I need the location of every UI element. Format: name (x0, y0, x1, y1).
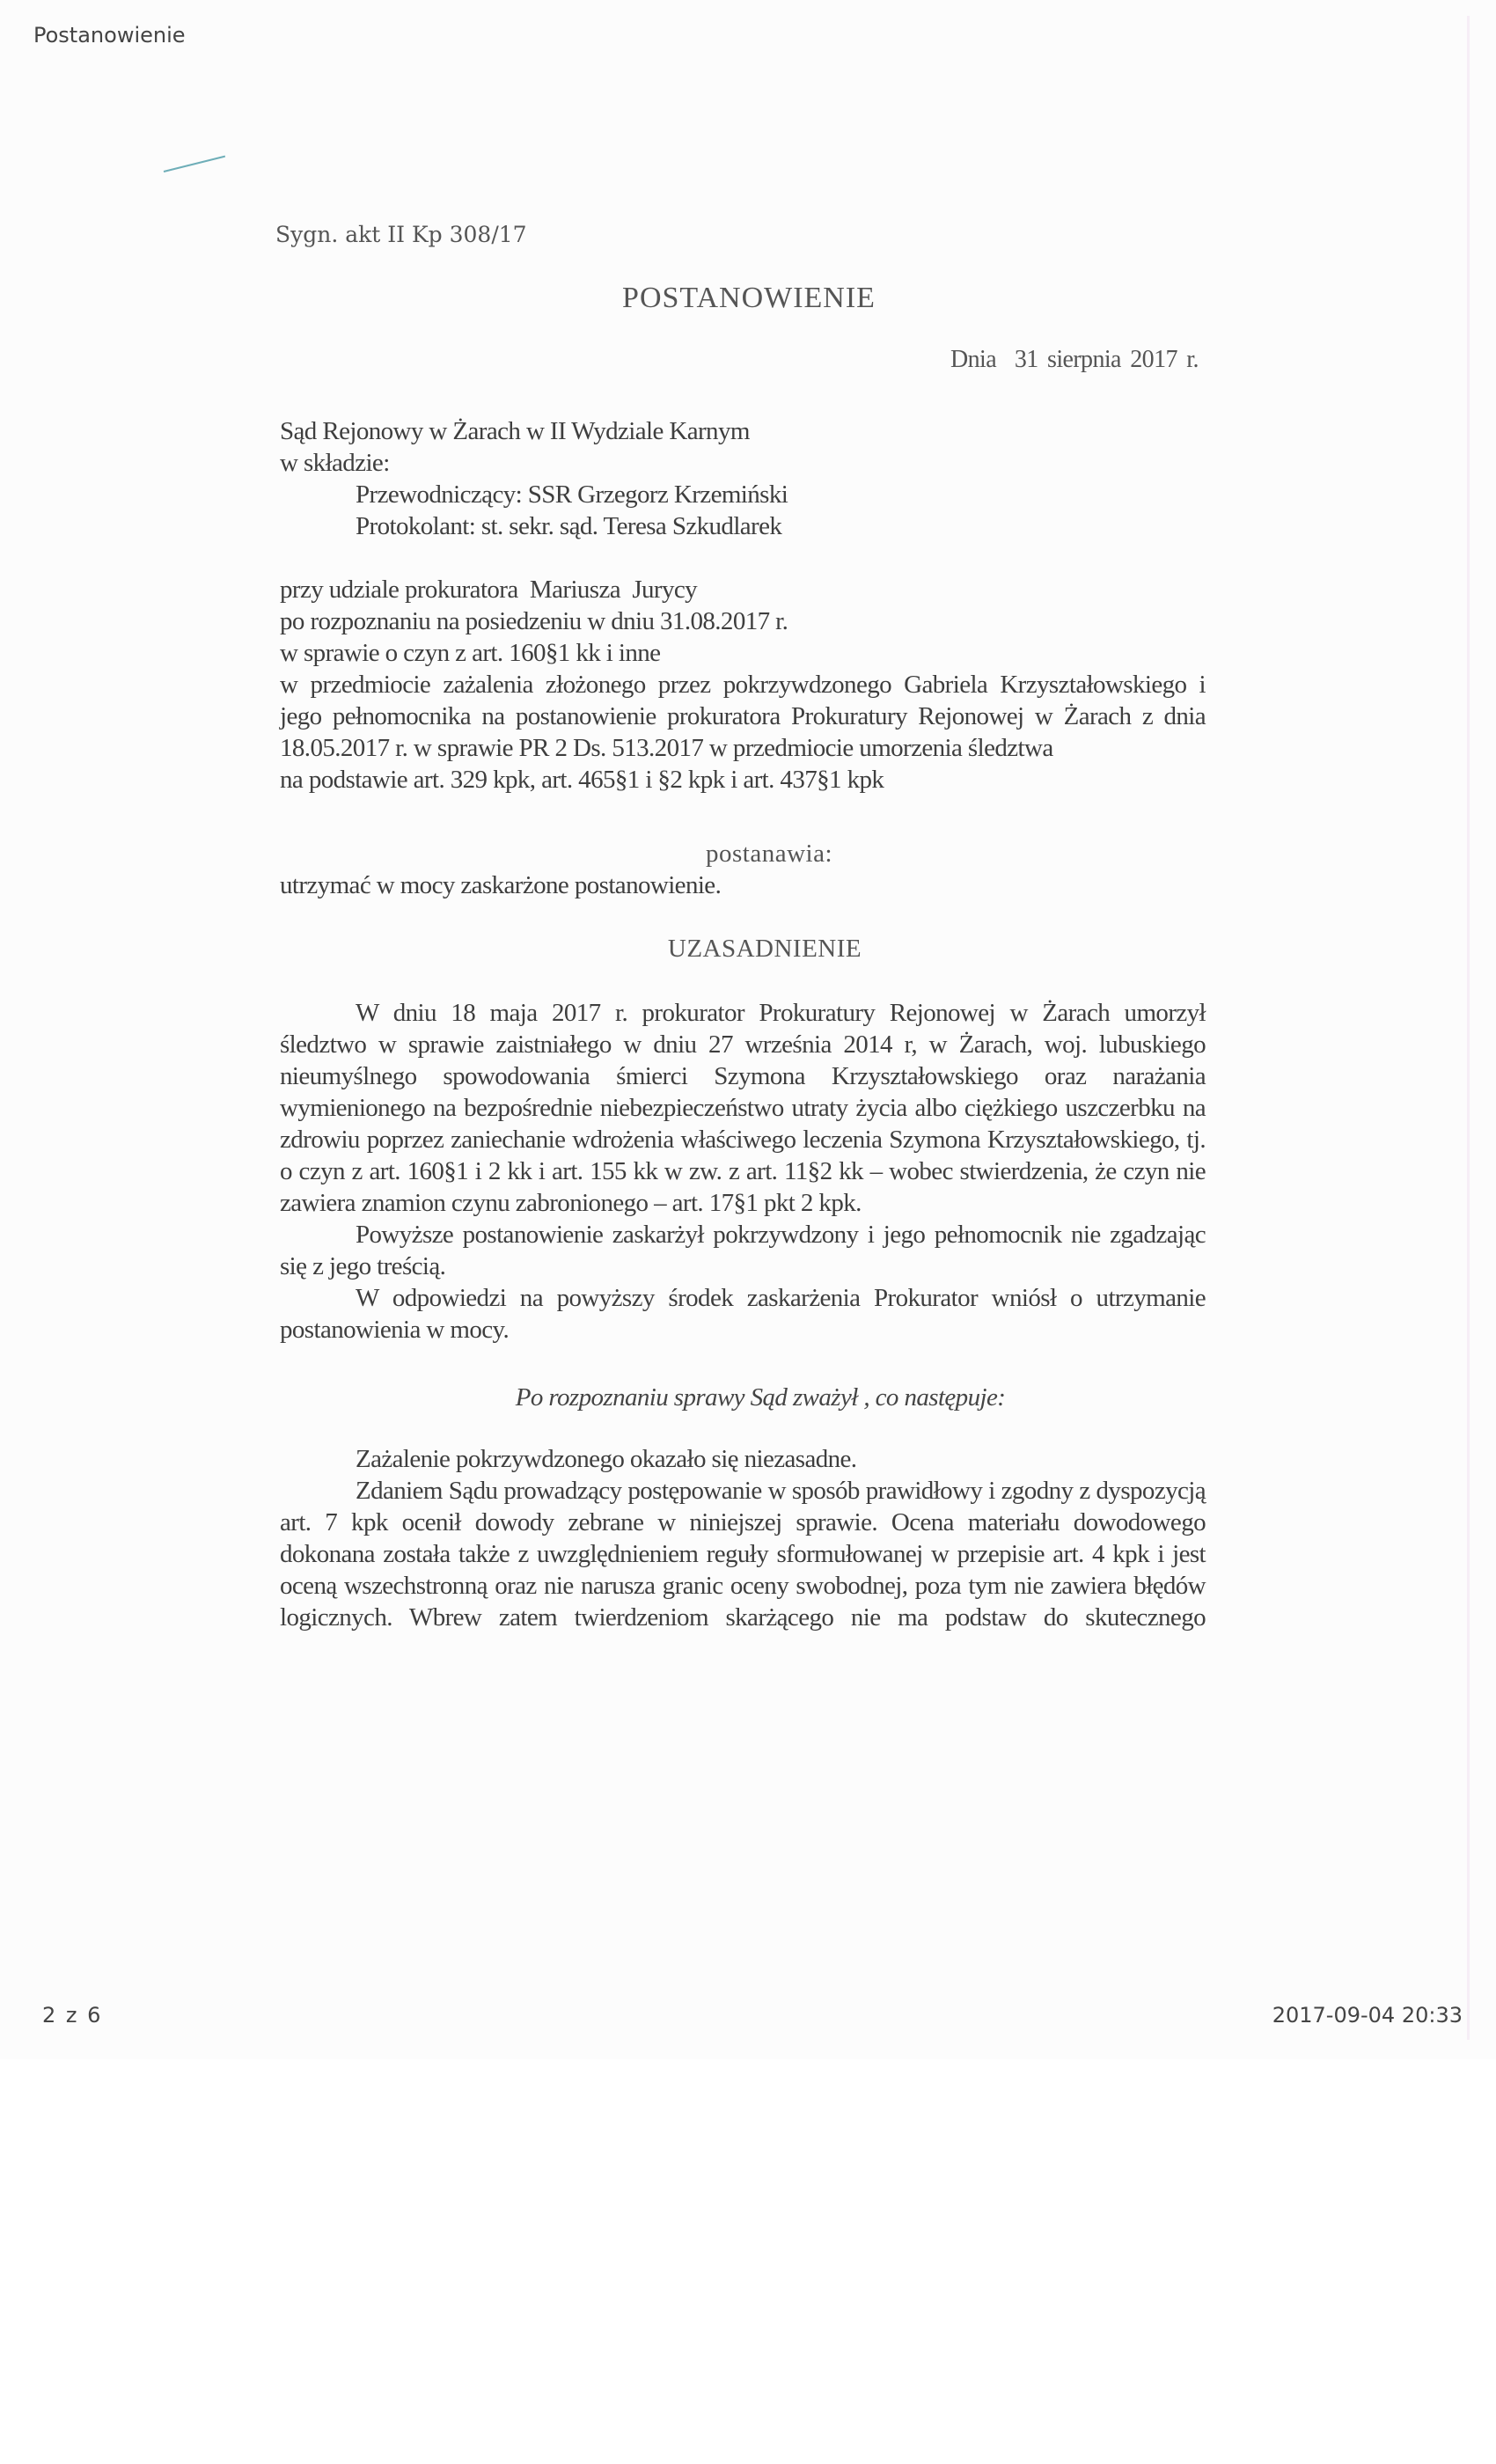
justification-line: postanowienia w mocy. (280, 1314, 1206, 1346)
intro-line: w sprawie o czyn z art. 160§1 kk i inne (280, 637, 1206, 669)
court-considered-heading: Po rozpoznaniu sprawy Sąd zważył , co na… (280, 1382, 1206, 1413)
intro-line: na podstawie art. 329 kpk, art. 465§1 i … (280, 764, 1206, 796)
justification-line: W odpowiedzi na powyższy środek zaskarże… (280, 1282, 1206, 1314)
considerations-section: Zażalenie pokrzywdzonego okazało się nie… (280, 1443, 1206, 1633)
court-composition: Sąd Rejonowy w Żarach w II Wydziale Karn… (280, 415, 1206, 542)
considerations-line: Zdaniem Sądu prowadzący postępowanie w s… (280, 1475, 1206, 1507)
intro-line: jego pełnomocnika na postanowienie proku… (280, 700, 1206, 732)
decision-section: postanawia: utrzymać w mocy zaskarżone p… (280, 838, 1206, 901)
intro-line: 18.05.2017 r. w sprawie PR 2 Ds. 513.201… (280, 732, 1206, 764)
justification-heading-wrap: UZASADNIENIE (280, 933, 1206, 964)
justification-line: wymienionego na bezpośrednie niebezpiecz… (280, 1092, 1206, 1124)
document-title-text: POSTANOWIENIE (622, 282, 876, 315)
decision-text: utrzymać w mocy zaskarżone postanowienie… (280, 869, 1206, 901)
considerations-line: dokonana została także z uwzględnieniem … (280, 1538, 1206, 1570)
document-title: POSTANOWIENIE (0, 282, 1496, 315)
intro-line: przy udziale prokuratora Mariusza Jurycy (280, 574, 1206, 605)
considerations-line: art. 7 kpk ocenił dowody zebrane w ninie… (280, 1507, 1206, 1538)
justification-line: Powyższe postanowienie zaskarżył pokrzyw… (280, 1219, 1206, 1250)
justification-line: zdrowiu poprzez zaniechanie wdrożenia wł… (280, 1124, 1206, 1155)
scan-edge-line (1467, 16, 1470, 2040)
justification-line: zawiera znamion czynu zabronionego – art… (280, 1187, 1206, 1219)
considerations-line: Zażalenie pokrzywdzonego okazało się nie… (280, 1443, 1206, 1475)
document-date: Dnia 31 sierpnia 2017 r. (950, 346, 1199, 374)
presiding-judge: Przewodniczący: SSR Grzegorz Krzemiński (280, 479, 1206, 510)
court-name: Sąd Rejonowy w Żarach w II Wydziale Karn… (280, 415, 1206, 447)
page-indicator: 2 z 6 (42, 2003, 102, 2028)
print-header-title: Postanowienie (33, 23, 186, 48)
print-timestamp: 2017-09-04 20:33 (1272, 2003, 1463, 2028)
justification-line: nieumyślnego spowodowania śmierci Szymon… (280, 1060, 1206, 1092)
court-clerk: Protokolant: st. sekr. sąd. Teresa Szkud… (280, 510, 1206, 542)
justification-heading: UZASADNIENIE (280, 933, 1206, 964)
justification-line: śledztwo w sprawie zaistniałego w dniu 2… (280, 1029, 1206, 1060)
court-considered-heading-wrap: Po rozpoznaniu sprawy Sąd zważył , co na… (280, 1382, 1206, 1413)
intro-line: w przedmiocie zażalenia złożonego przez … (280, 669, 1206, 700)
case-signature: Sygn. akt II Kp 308/17 (275, 222, 527, 247)
court-composition-label: w składzie: (280, 447, 1206, 479)
considerations-line: logicznych. Wbrew zatem twierdzeniom ska… (280, 1602, 1206, 1633)
considerations-line: oceną wszechstronną oraz nie narusza gra… (280, 1570, 1206, 1602)
case-intro: przy udziale prokuratora Mariusza Jurycy… (280, 574, 1206, 796)
justification-line: W dniu 18 maja 2017 r. prokurator Prokur… (280, 997, 1206, 1029)
decision-heading: postanawia: (280, 838, 1206, 869)
justification-section: W dniu 18 maja 2017 r. prokurator Prokur… (280, 997, 1206, 1346)
justification-line: o czyn z art. 160§1 i 2 kk i art. 155 kk… (280, 1155, 1206, 1187)
justification-line: się z jego treścią. (280, 1250, 1206, 1282)
intro-line: po rozpoznaniu na posiedzeniu w dniu 31.… (280, 605, 1206, 637)
